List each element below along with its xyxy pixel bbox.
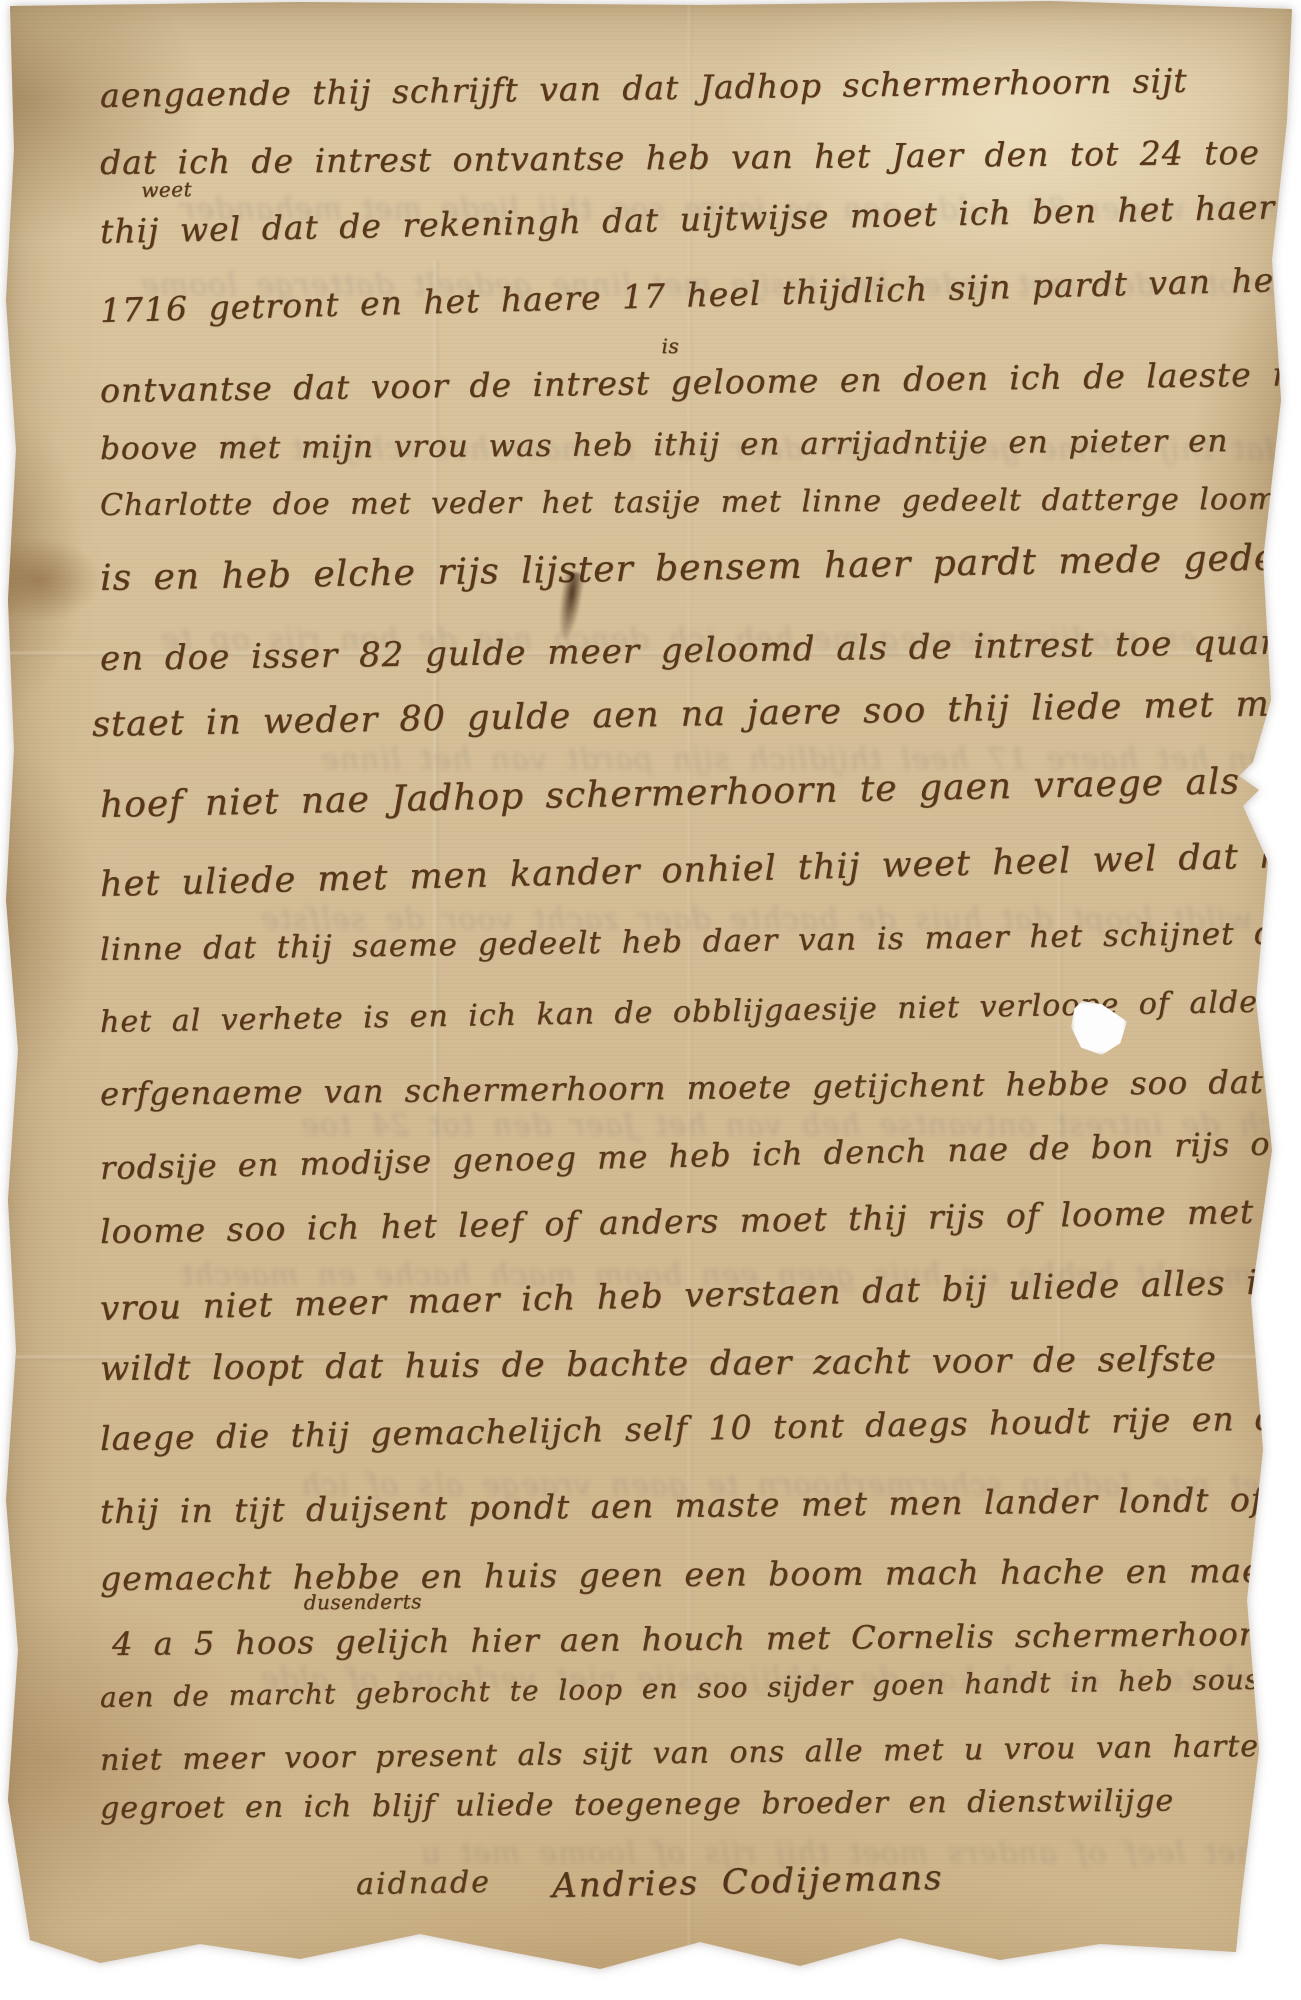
manuscript-line: Charlotte doe met veder het tasije met l…	[100, 482, 1296, 523]
manuscript-line: niet meer voor present als sijt van ons …	[100, 1729, 1259, 1778]
line-text: 4 a 5 hoos gelijch hier aen houch met Co…	[112, 1615, 1277, 1663]
manuscript-line: thij in tijt duijsent pondt aen maste me…	[100, 1480, 1264, 1531]
line-text: het uliede met men kander onhiel thij we…	[100, 835, 1301, 905]
line-text: loome soo ich het leef of anders moet th…	[100, 1191, 1297, 1251]
manuscript-line: aen de marcht gebrocht te loop en soo si…	[100, 1661, 1301, 1714]
line-text: dat ich de intrest ontvantse heb van het…	[100, 133, 1260, 182]
manuscript-line: dat ich de intrest ontvantse heb van het…	[100, 133, 1260, 182]
inserted-word: is	[661, 334, 679, 358]
manuscript-line: dusenderts4 a 5 hoos gelijch hier aen ho…	[112, 1615, 1277, 1663]
inserted-word: dusenderts	[304, 1589, 422, 1614]
manuscript-line: weetthij wel dat de rekeningh dat uijtwi…	[100, 187, 1276, 251]
line-text: Charlotte doe met veder het tasije met l…	[100, 482, 1296, 523]
line-text: niet meer voor present als sijt van ons …	[100, 1729, 1259, 1778]
manuscript-line: laege die thij gemachelijch self 10 tont…	[100, 1397, 1301, 1458]
manuscript-line: het uliede met men kander onhiel thij we…	[100, 835, 1301, 905]
manuscript-line: linne dat thij saeme gedeelt heb daer va…	[100, 915, 1301, 968]
line-text: boove met mijn vrou was heb ithij en arr…	[100, 423, 1229, 467]
manuscript-line: is en heb elche rijs lijster bensem haer…	[100, 536, 1301, 599]
manuscript-line: staet in weder 80 gulde aen na jaere soo…	[92, 682, 1301, 745]
line-text: wildt loopt dat huis de bachte daer zach…	[100, 1339, 1217, 1389]
manuscript-line: isontvantse dat voor de intrest geloome …	[100, 354, 1301, 410]
manuscript-line: en doe isser 82 gulde meer geloomd als d…	[100, 620, 1301, 679]
manuscript-line: vrou niet meer maer ich heb verstaen dat…	[100, 1262, 1297, 1329]
line-text: aen de marcht gebrocht te loop en soo si…	[100, 1661, 1301, 1714]
line-text: ontvantse dat voor de intrest geloome en…	[100, 354, 1301, 410]
manuscript-letter-photo: staet in weder 80 gulde aen na jaere soo…	[0, 0, 1301, 2000]
line-text: laege die thij gemachelijch self 10 tont…	[100, 1397, 1301, 1458]
manuscript-line: erfgenaeme van schermerhoorn moete getij…	[100, 1062, 1301, 1113]
line-text: aengaende thij schrijft van dat Jadhop s…	[100, 61, 1188, 115]
line-text: hoef niet nae Jadhop schermerhoorn te ga…	[100, 758, 1301, 826]
line-text: is en heb elche rijs lijster bensem haer…	[100, 536, 1301, 599]
manuscript-line: gegroet en ich blijf uliede toegenege br…	[100, 1784, 1174, 1826]
manuscript-line: loome soo ich het leef of anders moet th…	[100, 1191, 1297, 1251]
inserted-word: weet	[141, 177, 192, 202]
signature: Andries Codijemans	[552, 1858, 944, 1906]
manuscript-line: hoef niet nae Jadhop schermerhoorn te ga…	[100, 758, 1301, 826]
closing-word: aidnade	[356, 1865, 491, 1902]
line-text: thij wel dat de rekeningh dat uijtwijse …	[100, 187, 1276, 251]
manuscript-line: boove met mijn vrou was heb ithij en arr…	[100, 423, 1229, 467]
manuscript-line: rodsije en modijse genoeg me heb ich den…	[100, 1123, 1301, 1187]
line-text: erfgenaeme van schermerhoorn moete getij…	[100, 1062, 1301, 1113]
line-text: gemaecht hebbe en huis geen een boom mac…	[100, 1550, 1301, 1598]
line-text: gegroet en ich blijf uliede toegenege br…	[100, 1784, 1174, 1826]
line-text: thij in tijt duijsent pondt aen maste me…	[100, 1480, 1264, 1531]
manuscript-line: gemaecht hebbe en huis geen een boom mac…	[100, 1550, 1301, 1598]
paper-wrap: staet in weder 80 gulde aen na jaere soo…	[0, 0, 1301, 2000]
line-text: rodsije en modijse genoeg me heb ich den…	[100, 1123, 1301, 1187]
line-text: staet in weder 80 gulde aen na jaere soo…	[92, 682, 1301, 745]
line-text: linne dat thij saeme gedeelt heb daer va…	[100, 915, 1301, 968]
line-text: 1716 getront en het haere 17 heel thijdl…	[99, 257, 1301, 330]
manuscript-paper: staet in weder 80 gulde aen na jaere soo…	[0, 0, 1301, 2000]
manuscript-line: wildt loopt dat huis de bachte daer zach…	[100, 1339, 1217, 1389]
manuscript-line: 1716 getront en het haere 17 heel thijdl…	[99, 257, 1301, 330]
manuscript-line: aengaende thij schrijft van dat Jadhop s…	[100, 61, 1188, 115]
line-text: vrou niet meer maer ich heb verstaen dat…	[100, 1262, 1297, 1329]
line-text: en doe isser 82 gulde meer geloomd als d…	[100, 620, 1301, 679]
